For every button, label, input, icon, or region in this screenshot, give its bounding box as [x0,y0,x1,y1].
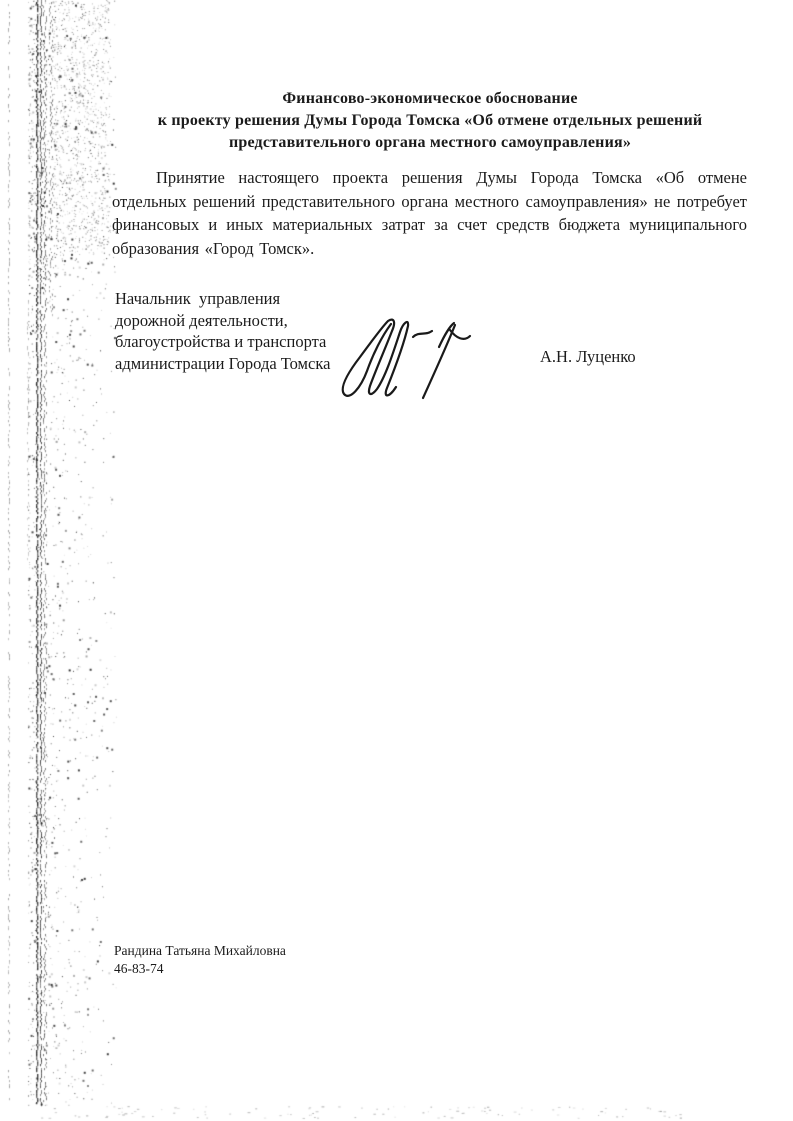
handwritten-signature [328,310,478,405]
signatory-name: А.Н. Луценко [540,347,636,367]
body-paragraph: Принятие настоящего проекта решения Думы… [112,166,747,260]
title-line-1: Финансово-экономическое обоснование [65,88,793,110]
executor-contact: Рандина Татьяна Михайловна 46-83-74 [114,942,286,977]
signatory-position-line: Начальник управления [115,288,375,310]
executor-contact-name: Рандина Татьяна Михайловна [114,942,286,960]
title-line-3: представительного органа местного самоуп… [65,132,793,154]
document-title: Финансово-экономическое обоснование к пр… [65,88,793,154]
title-line-2: к проекту решения Думы Города Томска «Об… [65,110,793,132]
executor-contact-phone: 46-83-74 [114,960,286,978]
scanned-document-page: Финансово-экономическое обоснование к пр… [0,0,793,1121]
